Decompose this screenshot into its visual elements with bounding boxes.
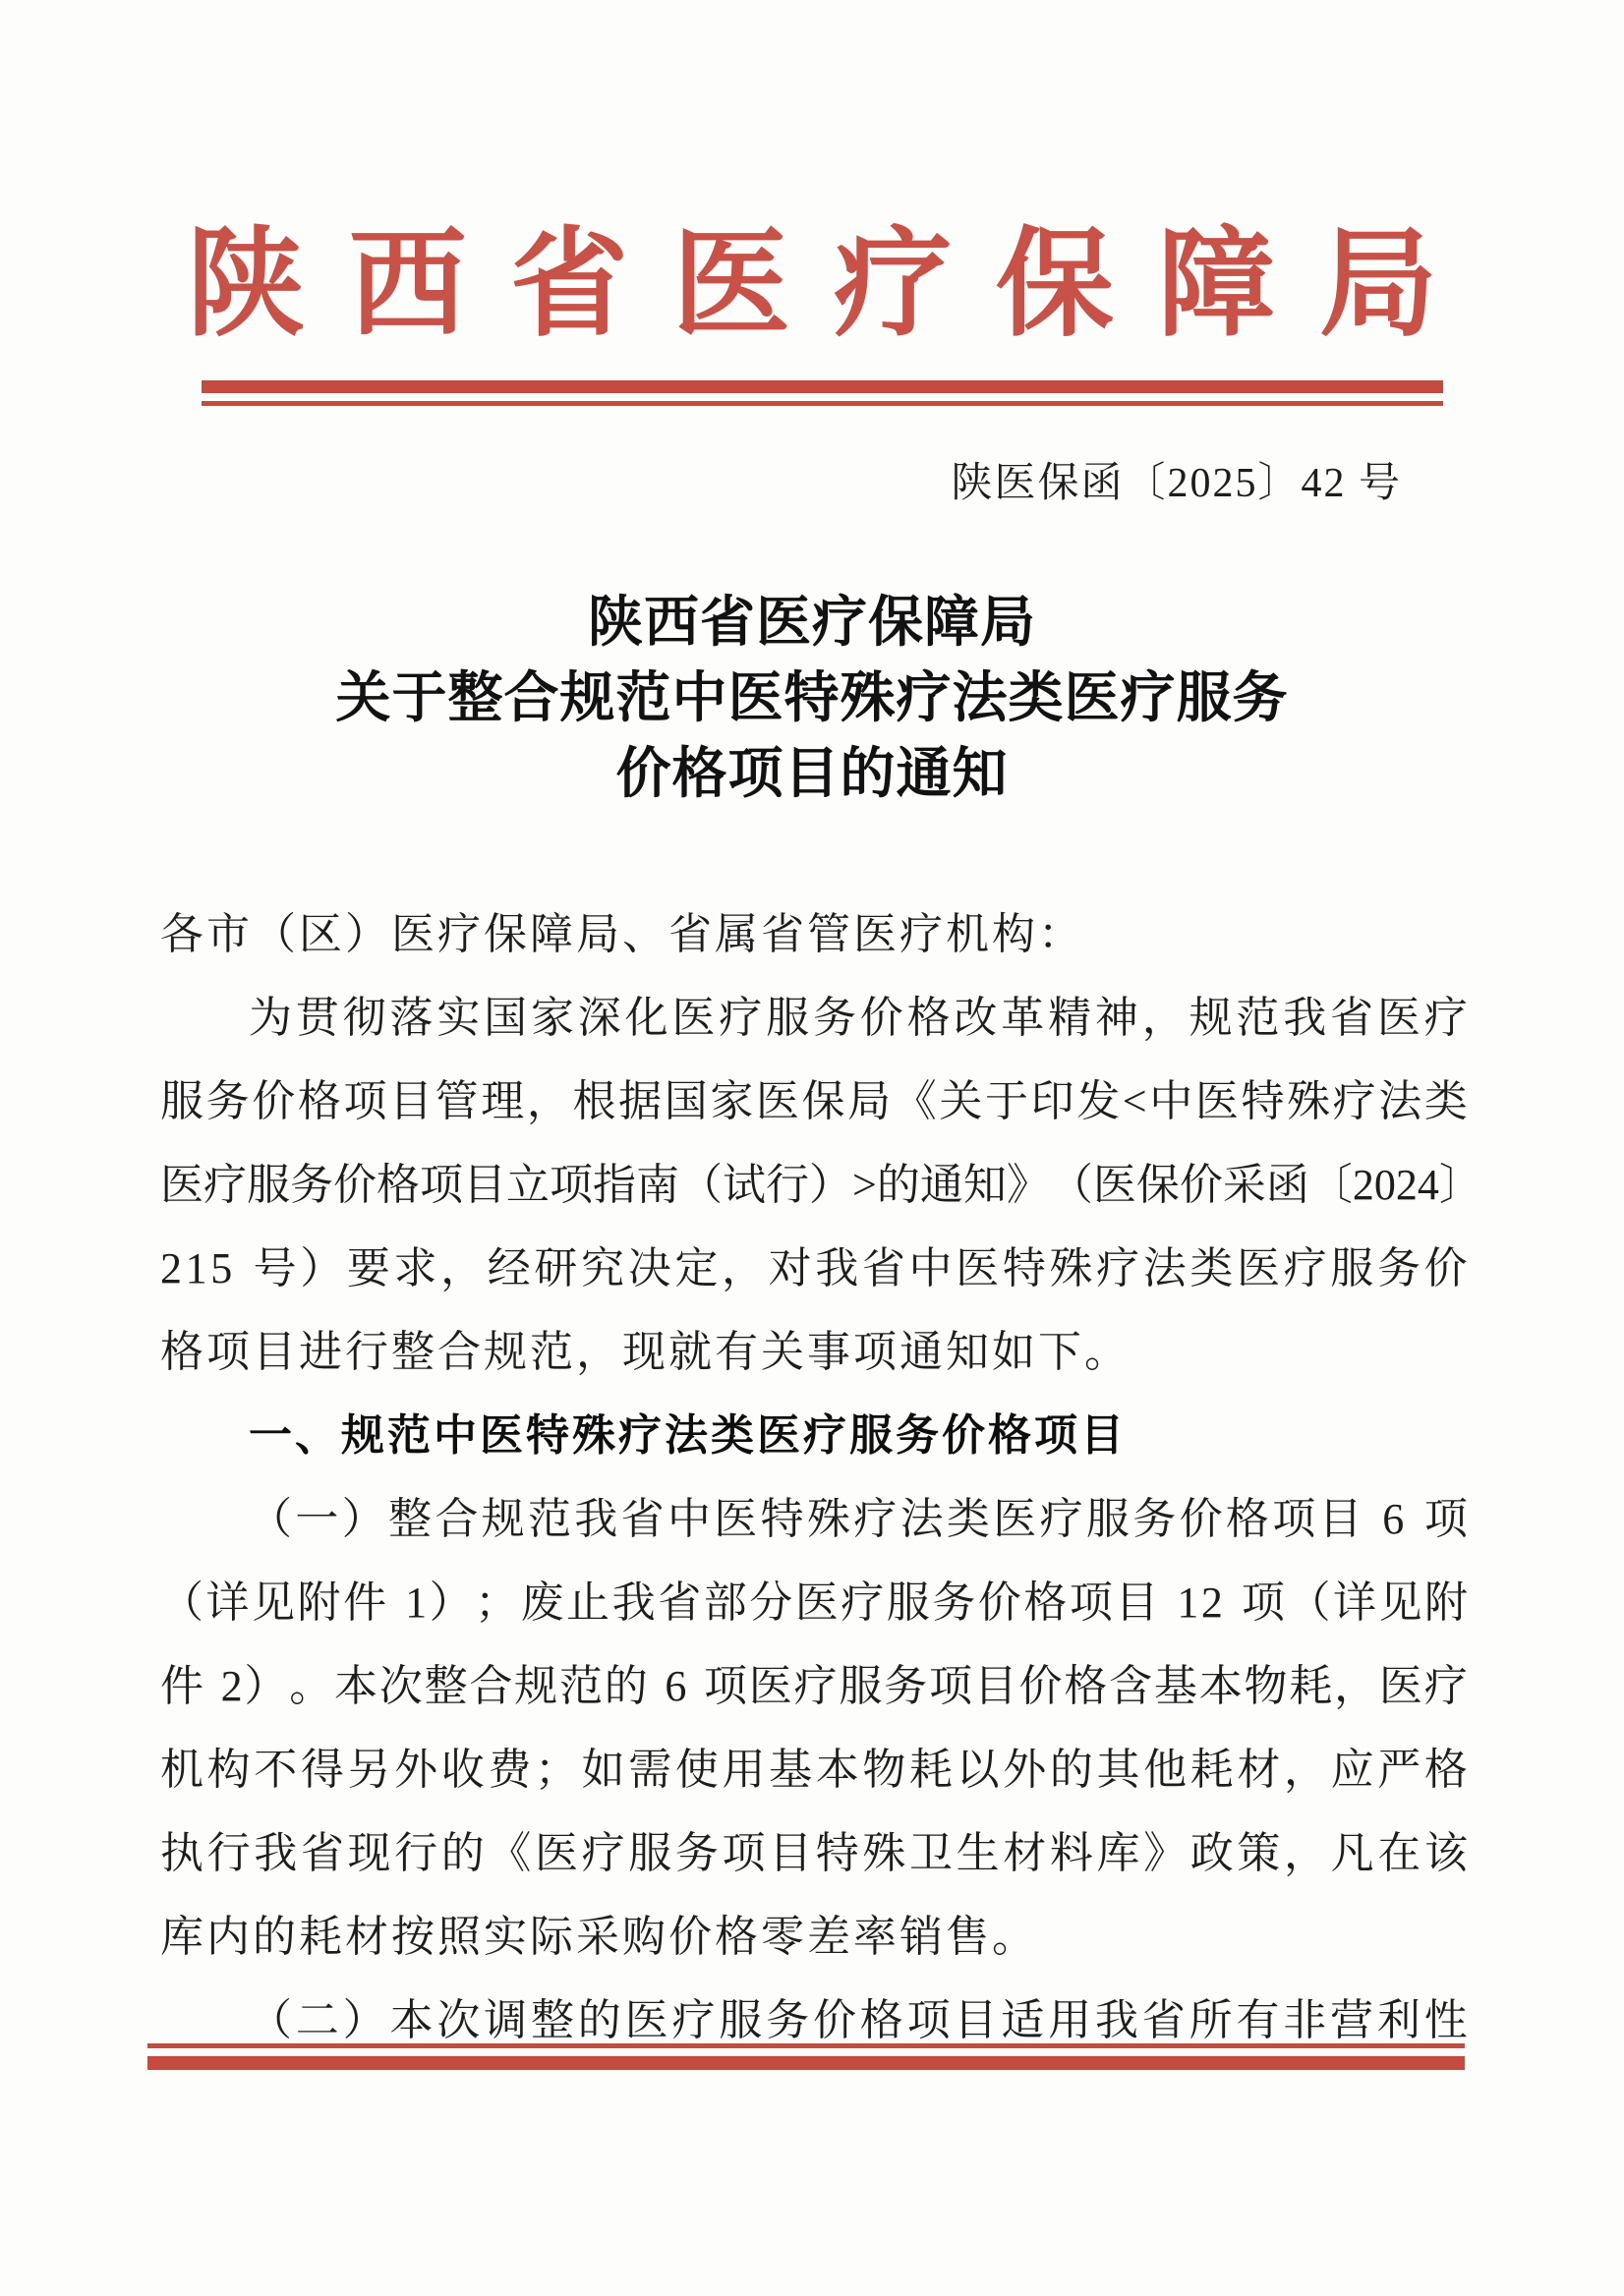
body-line: 为贯彻落实国家深化医疗服务价格改革精神，规范我省医疗 bbox=[160, 976, 1468, 1060]
body-line: 医疗服务价格项目立项指南（试行）>的通知》（医保价采函〔2024〕 bbox=[160, 1143, 1468, 1227]
agency-masthead: 陕西省医疗保障局 bbox=[187, 222, 1437, 356]
body-line: 服务价格项目管理，根据国家医保局《关于印发<中医特殊疗法类 bbox=[160, 1060, 1468, 1143]
document-number: 陕医保函〔2025〕42 号 bbox=[951, 450, 1402, 509]
body-line: 格项目进行整合规范，现就有关事项通知如下。 bbox=[160, 1310, 1468, 1394]
agency-masthead-char: 医 bbox=[672, 222, 790, 347]
body-line: 各市（区）医疗保障局、省属省管医疗机构： bbox=[160, 892, 1468, 976]
document-page: 陕西省医疗保障局 陕医保函〔2025〕42 号 陕西省医疗保障局 关于整合规范中… bbox=[0, 0, 1624, 2296]
agency-masthead-char: 西 bbox=[349, 222, 467, 347]
document-title: 陕西省医疗保障局 关于整合规范中医特殊疗法类医疗服务 价格项目的通知 bbox=[0, 586, 1624, 813]
agency-masthead-char: 疗 bbox=[834, 222, 952, 347]
body-line: 机构不得另外收费；如需使用基本物耗以外的其他耗材，应严格 bbox=[160, 1728, 1468, 1811]
agency-masthead-char: 局 bbox=[1319, 222, 1437, 347]
body-line: （详见附件1）；废止我省部分医疗服务价格项目12项（详见附 bbox=[160, 1561, 1468, 1644]
agency-masthead-char: 陕 bbox=[187, 222, 305, 347]
document-title-line-2: 关于整合规范中医特殊疗法类医疗服务 bbox=[0, 661, 1624, 737]
body-line: 库内的耗材按照实际采购价格零差率销售。 bbox=[160, 1895, 1468, 1979]
document-title-line-1: 陕西省医疗保障局 bbox=[0, 586, 1624, 661]
footer-rule-thick bbox=[147, 2056, 1465, 2070]
body-line: 215号）要求，经研究决定，对我省中医特殊疗法类医疗服务价 bbox=[160, 1227, 1468, 1310]
body-line: 执行我省现行的《医疗服务项目特殊卫生材料库》政策，凡在该 bbox=[160, 1811, 1468, 1895]
agency-masthead-char: 障 bbox=[1157, 222, 1275, 347]
agency-masthead-char: 保 bbox=[996, 222, 1114, 347]
document-body: 各市（区）医疗保障局、省属省管医疗机构：为贯彻落实国家深化医疗服务价格改革精神，… bbox=[160, 892, 1468, 2062]
body-line: 一、规范中医特殊疗法类医疗服务价格项目 bbox=[160, 1394, 1468, 1477]
header-rule-thin bbox=[202, 401, 1443, 406]
body-line: （二）本次调整的医疗服务价格项目适用我省所有非营利性 bbox=[160, 1979, 1468, 2062]
document-title-line-3: 价格项目的通知 bbox=[0, 737, 1624, 813]
agency-masthead-char: 省 bbox=[510, 222, 628, 347]
body-line: 件2）。本次整合规范的6项医疗服务项目价格含基本物耗，医疗 bbox=[160, 1644, 1468, 1728]
body-line: （一）整合规范我省中医特殊疗法类医疗服务价格项目6项 bbox=[160, 1477, 1468, 1561]
footer-rule-thin bbox=[147, 2043, 1465, 2048]
header-rule-thick bbox=[202, 380, 1443, 393]
